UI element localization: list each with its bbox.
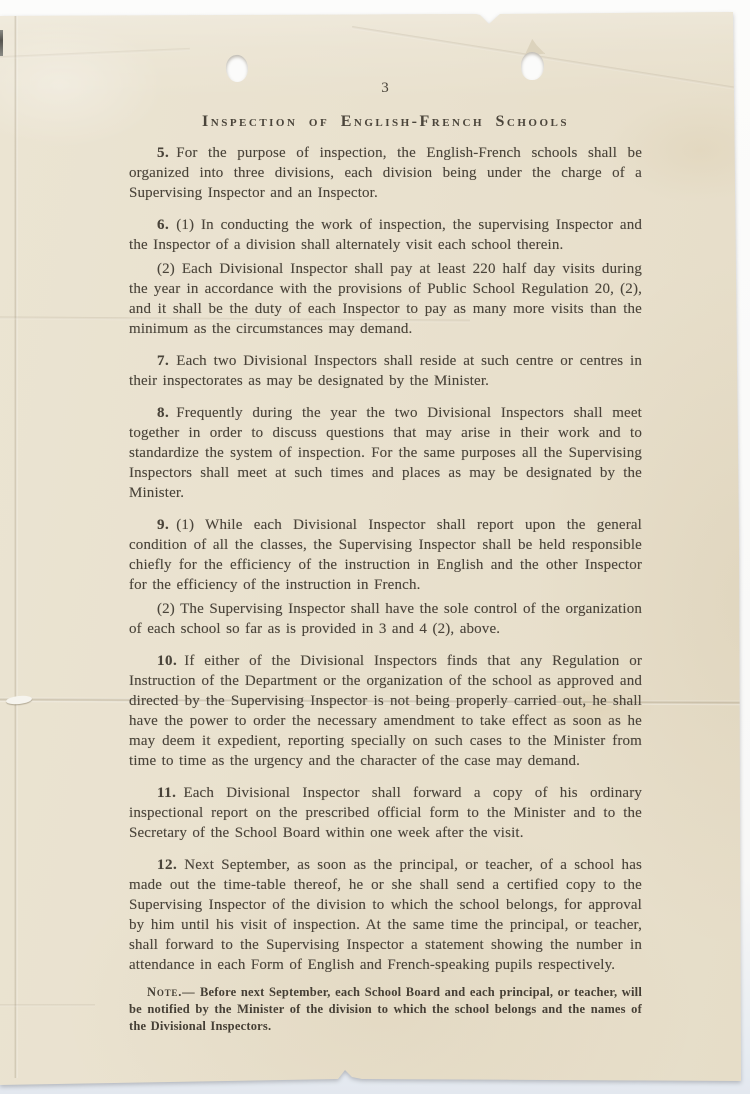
paragraph-number: 8. <box>157 405 169 421</box>
paragraph-text: Each Divisional Inspector shall forward … <box>129 785 642 841</box>
document-heading: Inspection of English-French Schools <box>129 113 642 131</box>
paragraph-text: Next September, as soon as the principal… <box>129 857 642 973</box>
paragraph-text: (1) While each Divisional Inspector shal… <box>129 517 642 593</box>
footnote-text: Before next September, each School Board… <box>129 985 642 1033</box>
left-edge-tear <box>6 695 33 706</box>
paragraph-10: 10.If either of the Divisional Inspector… <box>129 651 642 771</box>
top-left-diagonal-crease <box>0 48 190 59</box>
paragraph-6-1: 6.(1) In conducting the work of inspecti… <box>129 215 642 255</box>
paragraph-9-1: 9.(1) While each Divisional Inspector sh… <box>129 515 642 595</box>
paragraph-text: Each two Divisional Inspectors shall res… <box>129 353 642 389</box>
paragraph-7: 7.Each two Divisional Inspectors shall r… <box>129 351 642 391</box>
page-content: 3 Inspection of English-French Schools 5… <box>129 80 642 1035</box>
paragraph-5: 5.For the purpose of inspection, the Eng… <box>129 143 642 203</box>
paragraph-12: 12.Next September, as soon as the princi… <box>129 855 642 975</box>
document-page: 3 Inspection of English-French Schools 5… <box>0 0 750 1094</box>
paragraph-6-2: (2) Each Divisional Inspector shall pay … <box>129 259 642 339</box>
paragraph-number: 5. <box>157 145 169 161</box>
left-edge-dark-mark <box>0 30 3 56</box>
vertical-fold-crease <box>14 16 18 1078</box>
paragraph-11: 11.Each Divisional Inspector shall forwa… <box>129 783 642 843</box>
footnote-label: Note.— <box>147 985 195 999</box>
paragraph-number: 6. <box>157 217 169 233</box>
paragraph-number: 7. <box>157 353 169 369</box>
paragraph-number: 12. <box>157 857 177 873</box>
paragraph-text: Frequently during the year the two Divis… <box>129 405 642 501</box>
paragraph-number: 10. <box>157 653 177 669</box>
paragraph-8: 8.Frequently during the year the two Div… <box>129 403 642 503</box>
paragraph-text: (1) In conducting the work of inspection… <box>129 217 642 253</box>
paragraph-number: 9. <box>157 517 169 533</box>
footnote: Note.— Before next September, each Schoo… <box>129 984 642 1035</box>
paragraph-text: (2) The Supervising Inspector shall have… <box>129 601 642 637</box>
page-number: 3 <box>129 80 642 97</box>
paragraph-9-2: (2) The Supervising Inspector shall have… <box>129 599 642 639</box>
paper-shadow-wrap: 3 Inspection of English-French Schools 5… <box>0 0 750 1094</box>
punch-hole-left <box>224 54 250 84</box>
paragraph-text: If either of the Divisional Inspectors f… <box>129 653 642 769</box>
scan-background: 3 Inspection of English-French Schools 5… <box>0 0 750 1094</box>
paragraph-text: (2) Each Divisional Inspector shall pay … <box>129 261 642 337</box>
bottom-left-crease <box>0 1004 95 1007</box>
paragraph-text: For the purpose of inspection, the Engli… <box>129 145 642 201</box>
punch-hole-right <box>521 52 544 80</box>
paragraph-number: 11. <box>157 785 176 801</box>
